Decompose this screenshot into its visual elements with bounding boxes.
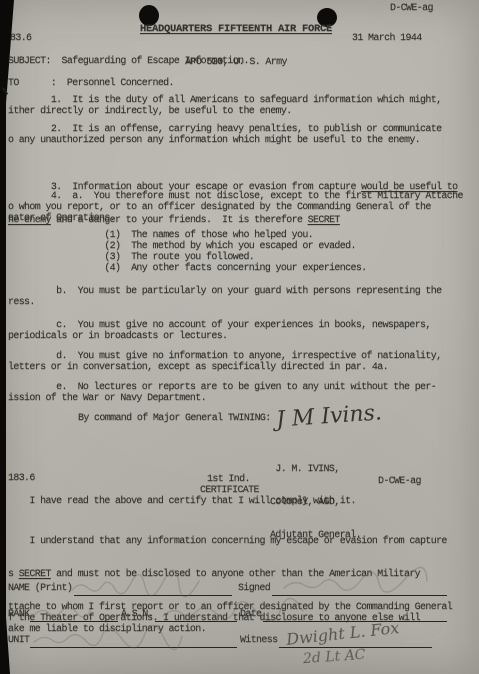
form-signed-label: Signed	[238, 583, 270, 594]
certificate-paragraph-1: I have read the above and certify that I…	[8, 496, 473, 507]
form-unit-line	[30, 647, 237, 648]
letterhead: HEADQUARTERS FIFTEENTH AIR FORCE APO 520…	[126, 2, 346, 90]
form-witness-label: Witness	[240, 635, 277, 646]
form-name-label: NAME (Print)	[8, 583, 72, 594]
handwritten-signature: J M Ivins.	[275, 400, 382, 432]
form-asn-line	[155, 621, 237, 622]
by-command-line: By command of Major General TWINING:	[78, 413, 271, 424]
file-number: 83.6	[10, 33, 31, 44]
paragraph-4d: d. You must give no information to anyon…	[8, 351, 473, 373]
form-rank-line	[30, 621, 118, 622]
certificate-heading: CERTIFICATE	[200, 485, 259, 496]
secret-word: SECRET	[19, 569, 51, 580]
paragraph-4b: b. You must be particularly on your guar…	[8, 286, 473, 308]
form-asn-label: A.S.N.	[121, 609, 153, 620]
to-line: TO : Personnel Concerned.	[8, 78, 174, 89]
paragraph-4a: 4. a. You therefore must not disclose, e…	[8, 191, 476, 224]
form-signed-line	[272, 595, 447, 596]
certificate-p2-line2: s SECRET and must not be disclosed to an…	[8, 569, 476, 580]
scanned-document-page: HEADQUARTERS FIFTEENTH AIR FORCE APO 520…	[0, 0, 479, 674]
paragraph-2: 2. It is an offense, carrying heavy pena…	[8, 124, 473, 146]
form-name-line	[74, 595, 232, 596]
form-date-label: Date	[240, 609, 261, 620]
paragraph-4e: e. No lectures or reports are to be give…	[8, 382, 473, 404]
handwriting-witness-rank: 2d Lt AC	[303, 647, 366, 667]
paragraph-4c: c. You must give no account of your expe…	[8, 320, 473, 342]
office-symbol: D-CWE-ag	[390, 3, 433, 14]
form-unit-label: UNIT	[8, 635, 29, 646]
paragraph-4a-subitems: (1) The names of those who helped you. (…	[8, 230, 473, 274]
letterhead-line1: HEADQUARTERS FIFTEENTH AIR FORCE	[126, 24, 346, 35]
endorsement-label: 1st Ind.	[207, 474, 250, 485]
certificate-p2-line1: I understand that any information concer…	[8, 536, 476, 547]
form-rank-label: RANK	[8, 609, 29, 620]
endorsement-file-number: 183.6	[8, 473, 35, 484]
paragraph-1: 1. It is the duty of all Americans to sa…	[8, 95, 473, 117]
endorsement-office-symbol: D-CWE-ag	[378, 476, 421, 487]
date-line: 31 March 1944	[352, 33, 422, 44]
subject-line: SUBJECT: Safeguarding of Escape Informat…	[8, 56, 249, 67]
signer-name: J. M. IVINS,	[270, 464, 361, 475]
